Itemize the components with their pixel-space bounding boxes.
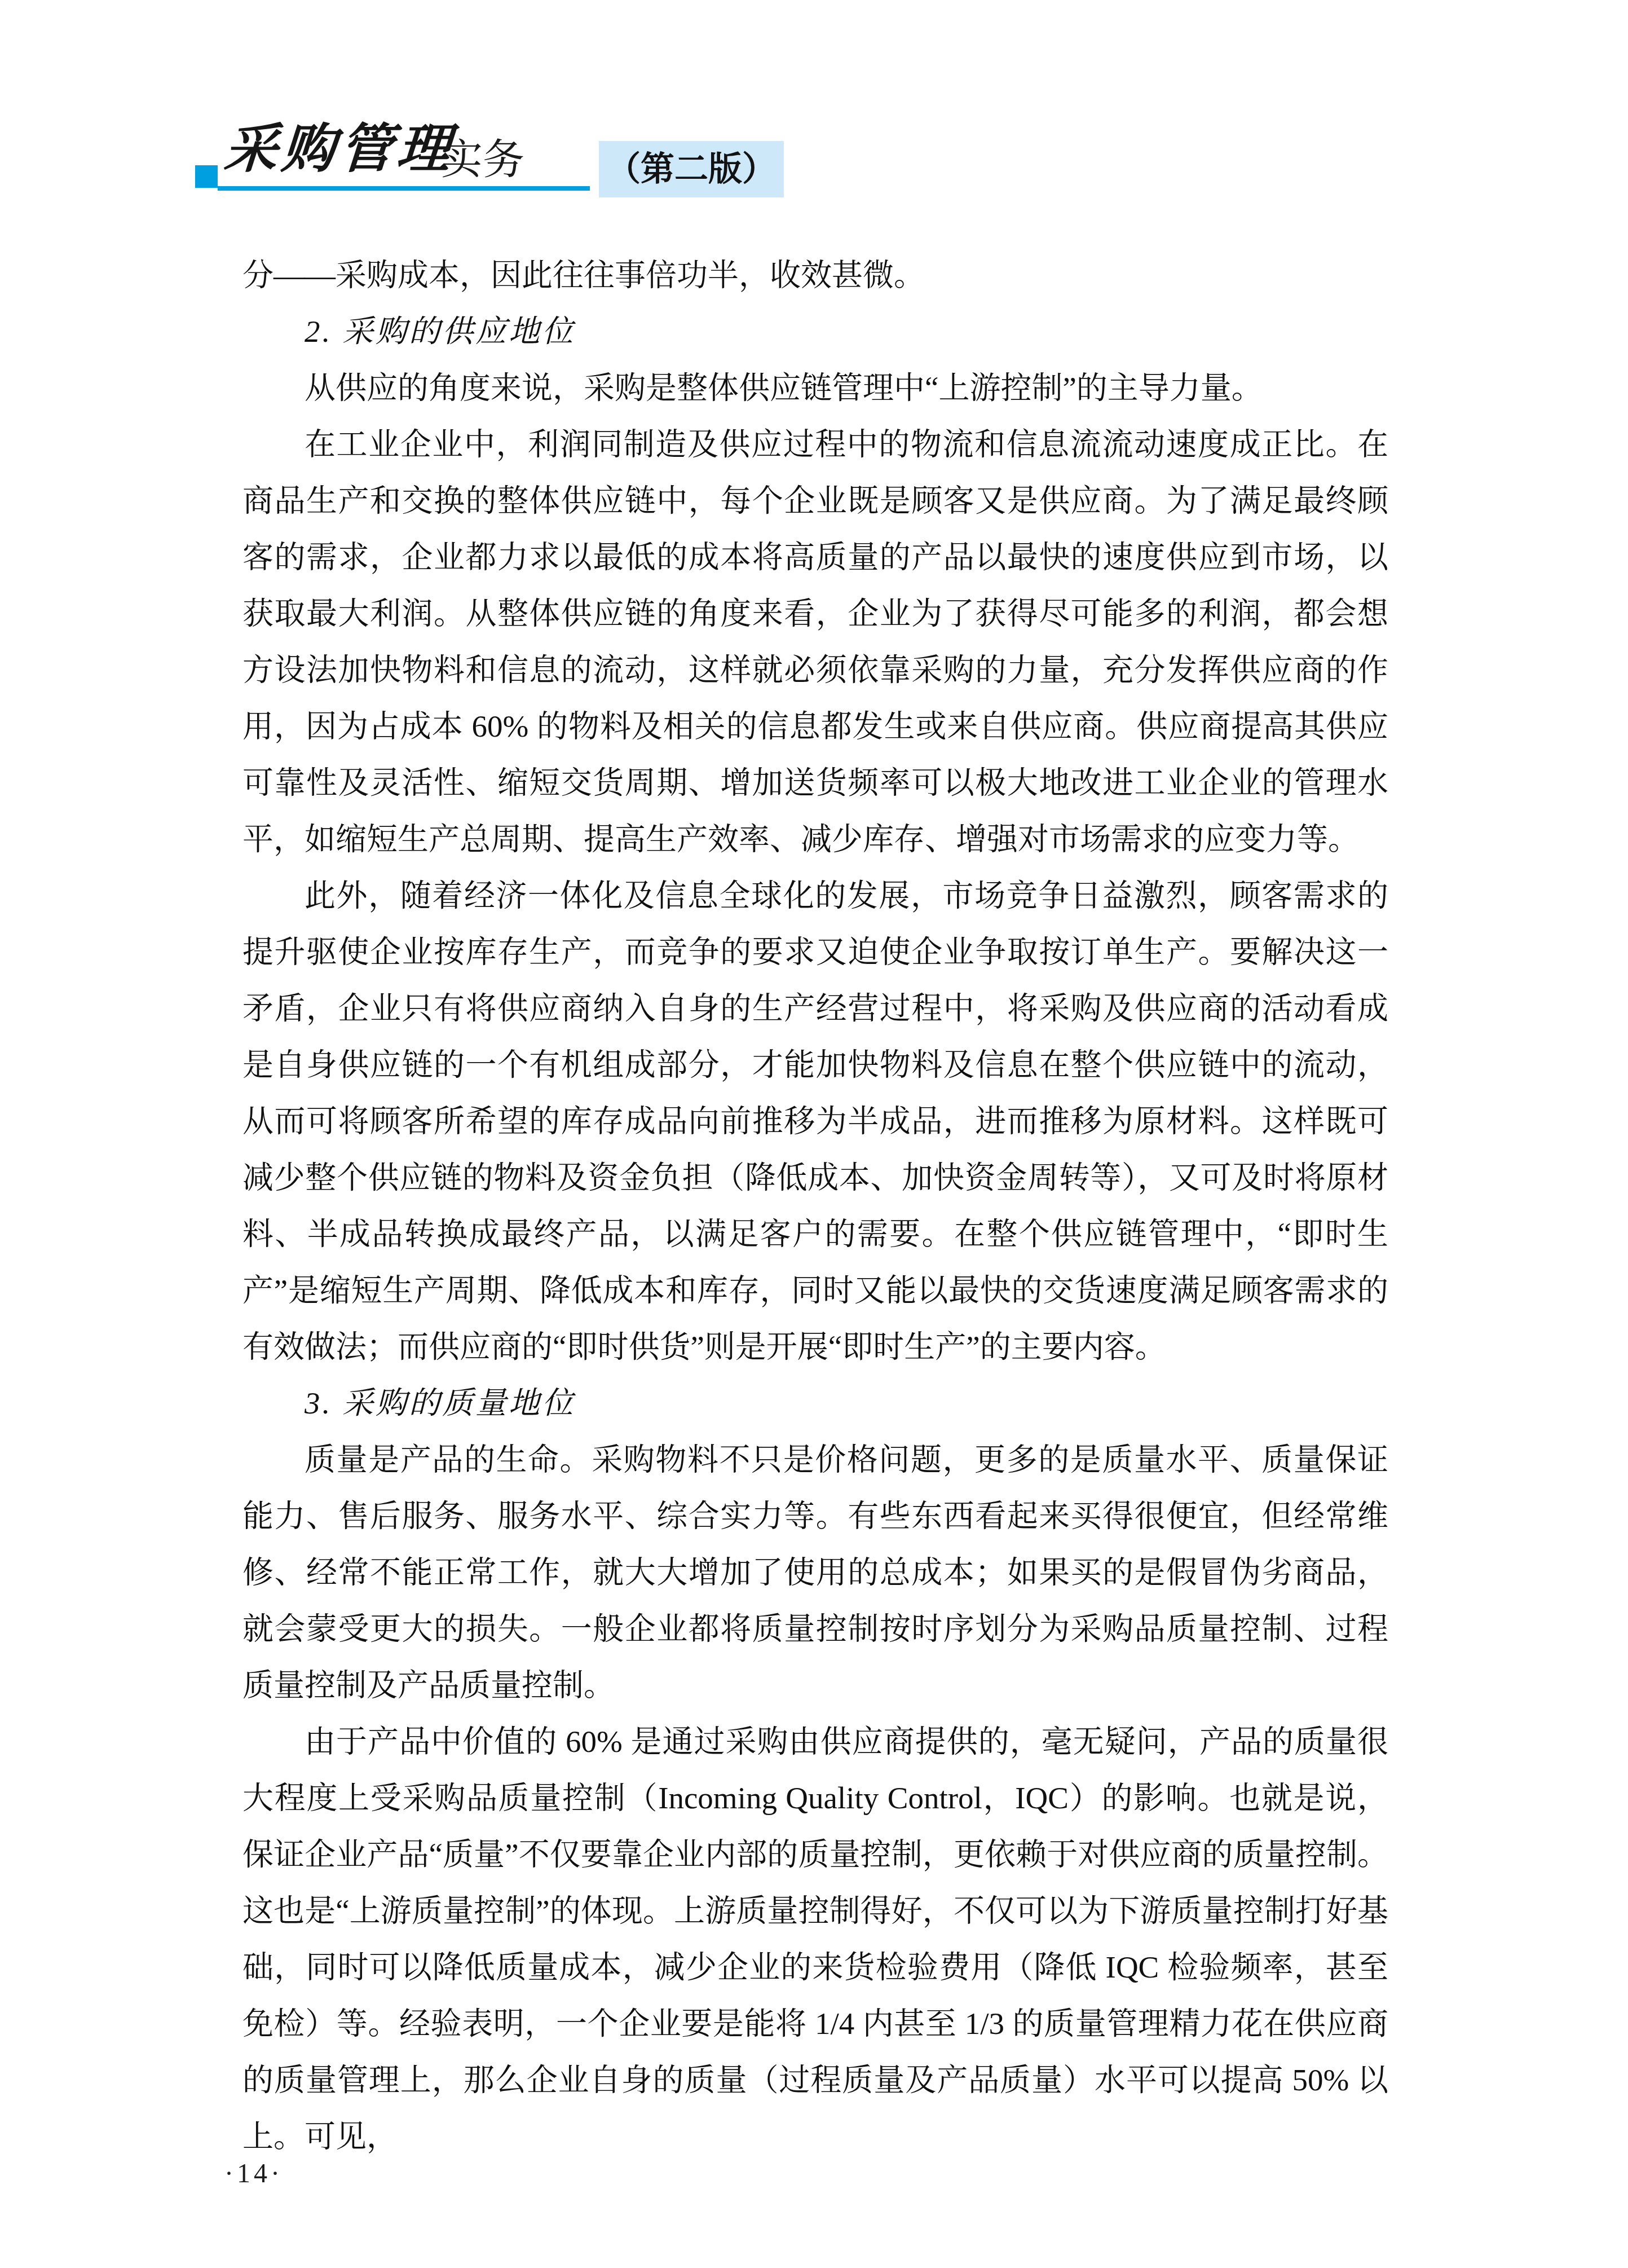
section-heading-quality-position: 3. 采购的质量地位 bbox=[242, 1375, 1388, 1432]
paragraph: 质量是产品的生命。采购物料不只是价格问题，更多的是质量水平、质量保证能力、售后服… bbox=[242, 1432, 1388, 1714]
page-number: ·14· bbox=[224, 2160, 283, 2187]
edition-badge: （第二版） bbox=[599, 141, 784, 197]
paragraph-continuation: 分——采购成本，因此往往事倍功半，收效甚微。 bbox=[242, 247, 1388, 303]
brand-accent-square bbox=[195, 165, 218, 188]
paragraph: 由于产品中价值的 60% 是通过采购由供应商提供的，毫无疑问，产品的质量很大程度… bbox=[242, 1714, 1388, 2165]
brand-underline bbox=[218, 186, 590, 191]
section-heading-supply-position: 2. 采购的供应地位 bbox=[242, 303, 1388, 360]
page-header: 采购管理 实务 （第二版） bbox=[0, 0, 1628, 237]
book-title-calligraphy: 采购管理 bbox=[223, 123, 457, 176]
paragraph: 此外，随着经济一体化及信息全球化的发展，市场竞争日益激烈，顾客需求的提升驱使企业… bbox=[242, 867, 1388, 1375]
book-title-suffix: 实务 bbox=[441, 139, 524, 180]
paragraph: 从供应的角度来说，采购是整体供应链管理中“上游控制”的主导力量。 bbox=[242, 360, 1388, 416]
page-body-text: 分——采购成本，因此往往事倍功半，收效甚微。 2. 采购的供应地位 从供应的角度… bbox=[242, 247, 1388, 2165]
book-page: 采购管理 实务 （第二版） 分——采购成本，因此往往事倍功半，收效甚微。 2. … bbox=[0, 0, 1628, 2268]
paragraph: 在工业企业中，利润同制造及供应过程中的物流和信息流流动速度成正比。在商品生产和交… bbox=[242, 416, 1388, 867]
